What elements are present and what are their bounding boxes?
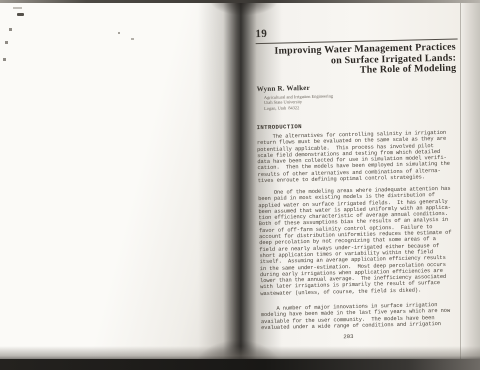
page-edge-right [460,2,480,360]
table-below-book [0,359,480,370]
book-scan-photo: 19 Improving Water Management Practices … [0,0,480,370]
scan-speck [118,32,120,34]
paragraph-1: The alternatives for controlling salinit… [257,130,451,185]
page-number: 203 [343,333,353,340]
book-top-edge-shadow [0,0,480,3]
scan-speck [3,58,6,61]
book-spine-shadow [198,0,282,370]
scan-speck [5,41,8,44]
scan-speck [17,13,24,16]
paragraph-3: A number of major innovations in surface… [261,302,451,331]
scan-speck [9,28,12,31]
scan-speck [13,7,22,9]
paragraph-2: One of the modeling areas where inadequa… [258,186,453,297]
scan-speck [131,38,134,40]
